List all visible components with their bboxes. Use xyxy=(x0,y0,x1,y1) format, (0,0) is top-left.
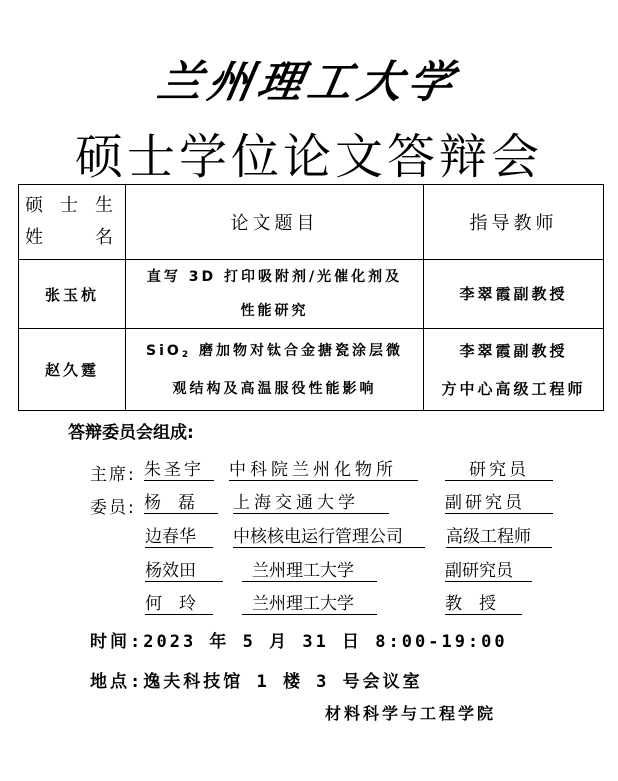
thesis-topic: SiO2 磨加物对钛合金搪瓷涂层微 观结构及高温服役性能影响 xyxy=(126,329,424,411)
student-name: 张玉杭 xyxy=(19,260,126,329)
thesis-topic: 直写 3D 打印吸附剂/光催化剂及 性能研究 xyxy=(126,260,424,329)
table-header-row: 硕 士 生 姓 名 论文题目 指导教师 xyxy=(19,185,604,260)
committee-member-row: 杨效田 兰州理工大学 副研究员 xyxy=(0,561,618,585)
chair-name: 朱圣宇 xyxy=(144,460,214,481)
defense-table: 硕 士 生 姓 名 论文题目 指导教师 张玉杭 直写 3D 打印吸附剂/光催化剂… xyxy=(18,184,604,411)
member-name: 何 玲 xyxy=(145,594,213,615)
topic-line: 观结构及高温服役性能影响 xyxy=(126,372,423,406)
advisor: 李翠霞副教授 xyxy=(424,332,603,370)
defense-time: 时间:2023 年 5 月 31 日 8:00-19:00 xyxy=(90,627,508,652)
header-char: 名 xyxy=(95,222,113,254)
table-row: 赵久霆 SiO2 磨加物对钛合金搪瓷涂层微 观结构及高温服役性能影响 李翠霞副教… xyxy=(19,329,604,411)
advisor: 李翠霞副教授 xyxy=(424,260,604,329)
topic-line: 性能研究 xyxy=(126,294,423,328)
topic-line: SiO2 磨加物对钛合金搪瓷涂层微 xyxy=(126,334,423,372)
chair-label: 主席: xyxy=(90,460,136,485)
member-name: 杨 磊 xyxy=(144,493,218,514)
member-rank: 教 授 xyxy=(445,594,522,615)
header-char: 姓 xyxy=(25,222,43,254)
member-org: 兰州理工大学 xyxy=(242,594,377,615)
committee-chair-row: 主席: 朱圣宇 中科院兰州化物所 研究员 xyxy=(0,460,618,484)
member-name: 边春华 xyxy=(145,527,213,548)
defense-place: 地点:逸夫科技馆 1 楼 3 号会议室 xyxy=(90,667,423,692)
member-org: 兰州理工大学 xyxy=(242,561,377,582)
header-topic: 论文题目 xyxy=(126,185,424,260)
committee-title: 答辩委员会组成: xyxy=(68,418,194,443)
member-rank: 高级工程师 xyxy=(446,527,552,548)
student-name: 赵久霆 xyxy=(19,329,126,411)
committee-member-row: 何 玲 兰州理工大学 教 授 xyxy=(0,594,618,618)
formula-subscript: 2 xyxy=(182,350,191,360)
member-org: 中核核电运行管理公司 xyxy=(233,527,425,548)
header-char: 硕 xyxy=(25,190,43,222)
header-student-name: 硕 士 生 姓 名 xyxy=(19,185,126,260)
member-rank: 副研究员 xyxy=(445,493,553,514)
member-rank: 副研究员 xyxy=(445,561,532,582)
table-row: 张玉杭 直写 3D 打印吸附剂/光催化剂及 性能研究 李翠霞副教授 xyxy=(19,260,604,329)
department-name: 材料科学与工程学院 xyxy=(325,701,496,724)
formula: SiO xyxy=(146,343,182,359)
topic-line: 直写 3D 打印吸附剂/光催化剂及 xyxy=(126,260,423,294)
committee-member-row: 边春华 中核核电运行管理公司 高级工程师 xyxy=(0,527,618,551)
chair-rank: 研究员 xyxy=(445,460,553,481)
advisors: 李翠霞副教授 方中心高级工程师 xyxy=(424,329,604,411)
header-advisor: 指导教师 xyxy=(424,185,604,260)
header-char: 生 xyxy=(95,190,113,222)
member-label: 委员: xyxy=(90,493,136,518)
member-name: 杨效田 xyxy=(145,561,223,582)
page-title: 硕士学位论文答辩会 xyxy=(0,118,618,187)
university-name: 兰州理工大学 xyxy=(0,46,618,110)
member-org: 上海交通大学 xyxy=(233,493,389,514)
committee-member-row: 委员: 杨 磊 上海交通大学 副研究员 xyxy=(0,493,618,517)
header-char: 士 xyxy=(60,190,78,222)
topic-text: 磨加物对钛合金搪瓷涂层微 xyxy=(191,343,403,359)
chair-org: 中科院兰州化物所 xyxy=(229,460,418,481)
advisor: 方中心高级工程师 xyxy=(424,370,603,408)
